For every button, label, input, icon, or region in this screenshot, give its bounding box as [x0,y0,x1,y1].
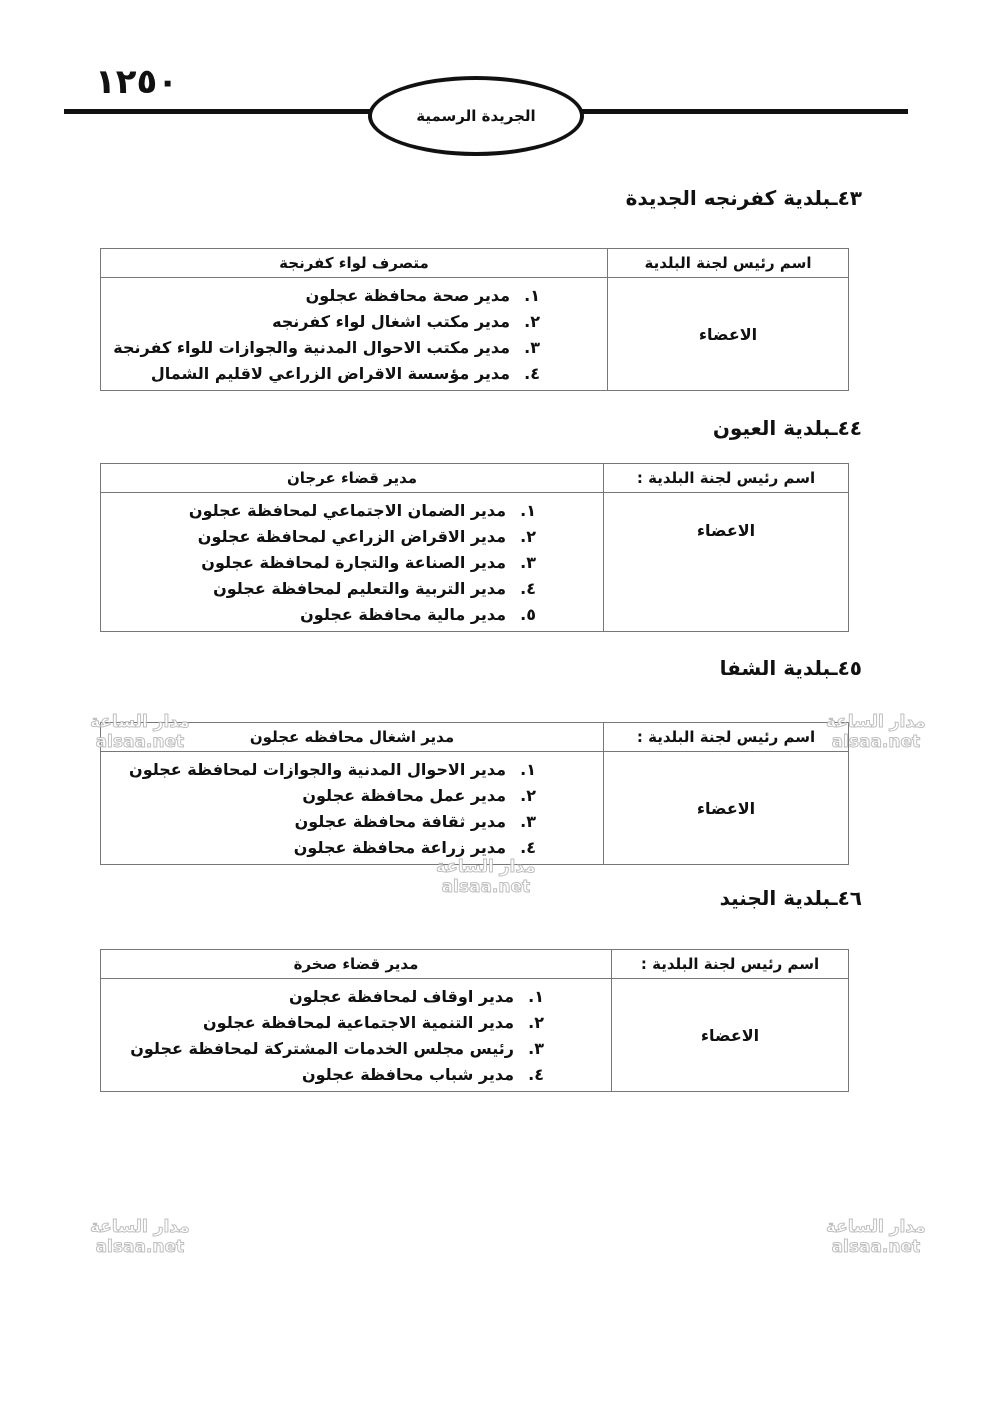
committee-table: اسم رئيس لجنة البلدية : مدير قضاء صخرة ا… [100,949,849,1092]
watermark: مدار الساعة alsaa.net [90,712,190,752]
list-item: ٣.مدير الصناعة والتجارة لمحافظة عجلون [112,550,536,576]
list-item: ٤.مدير مؤسسة الاقراض الزراعي لاقليم الشم… [112,361,540,387]
list-item: ٥.مدير مالية محافظة عجلون [112,602,536,628]
committee-table: اسم رئيس لجنة البلدية متصرف لواء كفرنجة … [100,248,849,391]
list-item: ٣.مدير مكتب الاحوال المدنية والجوازات لل… [112,335,540,361]
members-list: ١.مدير الضمان الاجتماعي لمحافظة عجلون ٢.… [102,494,602,630]
section-title: ٤٤ـبلدية العيون [713,416,862,440]
members-cell: ١.مدير اوقاف لمحافظة عجلون ٢.مدير التنمي… [101,979,612,1092]
section-title: ٤٥ـبلدية الشفا [720,656,862,680]
page-number: ١٢٥٠ [95,62,178,102]
watermark: مدار الساعة alsaa.net [436,857,536,897]
members-label: الاعضاء [604,493,849,632]
chairman-label: اسم رئيس لجنة البلدية : [604,723,849,752]
members-cell: ١.مدير الضمان الاجتماعي لمحافظة عجلون ٢.… [101,493,604,632]
members-label: الاعضاء [608,278,849,391]
members-cell: ١.مدير صحة محافظة عجلون ٢.مدير مكتب اشغا… [101,278,608,391]
members-cell: ١.مدير الاحوال المدنية والجوازات لمحافظة… [101,752,604,865]
watermark: مدار الساعة alsaa.net [826,712,926,752]
members-label: الاعضاء [612,979,849,1092]
chairman-label: اسم رئيس لجنة البلدية : [612,950,849,979]
list-item: ٢.مدير التنمية الاجتماعية لمحافظة عجلون [112,1010,544,1036]
list-item: ٤.مدير شباب محافظة عجلون [112,1062,544,1088]
watermark: مدار الساعة alsaa.net [90,1217,190,1257]
watermark: مدار الساعة alsaa.net [826,1217,926,1257]
chairman-label: اسم رئيس لجنة البلدية [608,249,849,278]
list-item: ١.مدير صحة محافظة عجلون [112,283,540,309]
members-list: ١.مدير الاحوال المدنية والجوازات لمحافظة… [102,753,602,863]
chairman-label: اسم رئيس لجنة البلدية : [604,464,849,493]
members-list: ١.مدير اوقاف لمحافظة عجلون ٢.مدير التنمي… [102,980,610,1090]
list-item: ١.مدير الاحوال المدنية والجوازات لمحافظة… [112,757,536,783]
list-item: ٣.رئيس مجلس الخدمات المشتركة لمحافظة عجل… [112,1036,544,1062]
chairman-value: متصرف لواء كفرنجة [101,249,608,278]
list-item: ٢.مدير مكتب اشغال لواء كفرنجه [112,309,540,335]
gazette-title-oval: الجريدة الرسمية [368,76,584,156]
members-list: ١.مدير صحة محافظة عجلون ٢.مدير مكتب اشغا… [102,279,606,389]
section-title: ٤٦ـبلدية الجنيد [720,886,862,910]
list-item: ١.مدير اوقاف لمحافظة عجلون [112,984,544,1010]
list-item: ١.مدير الضمان الاجتماعي لمحافظة عجلون [112,498,536,524]
list-item: ٣.مدير ثقافة محافظة عجلون [112,809,536,835]
members-label: الاعضاء [604,752,849,865]
section-title: ٤٣ـبلدية كفرنجه الجديدة [626,186,862,210]
chairman-value: مدير قضاء صخرة [101,950,612,979]
list-item: ٢.مدير الاقراض الزراعي لمحافظة عجلون [112,524,536,550]
committee-table: اسم رئيس لجنة البلدية : مدير قضاء عرجان … [100,463,849,632]
gazette-title: الجريدة الرسمية [416,107,535,125]
chairman-value: مدير قضاء عرجان [101,464,604,493]
list-item: ٢.مدير عمل محافظة عجلون [112,783,536,809]
list-item: ٤.مدير التربية والتعليم لمحافظة عجلون [112,576,536,602]
committee-table: اسم رئيس لجنة البلدية : مدير اشغال محافظ… [100,722,849,865]
